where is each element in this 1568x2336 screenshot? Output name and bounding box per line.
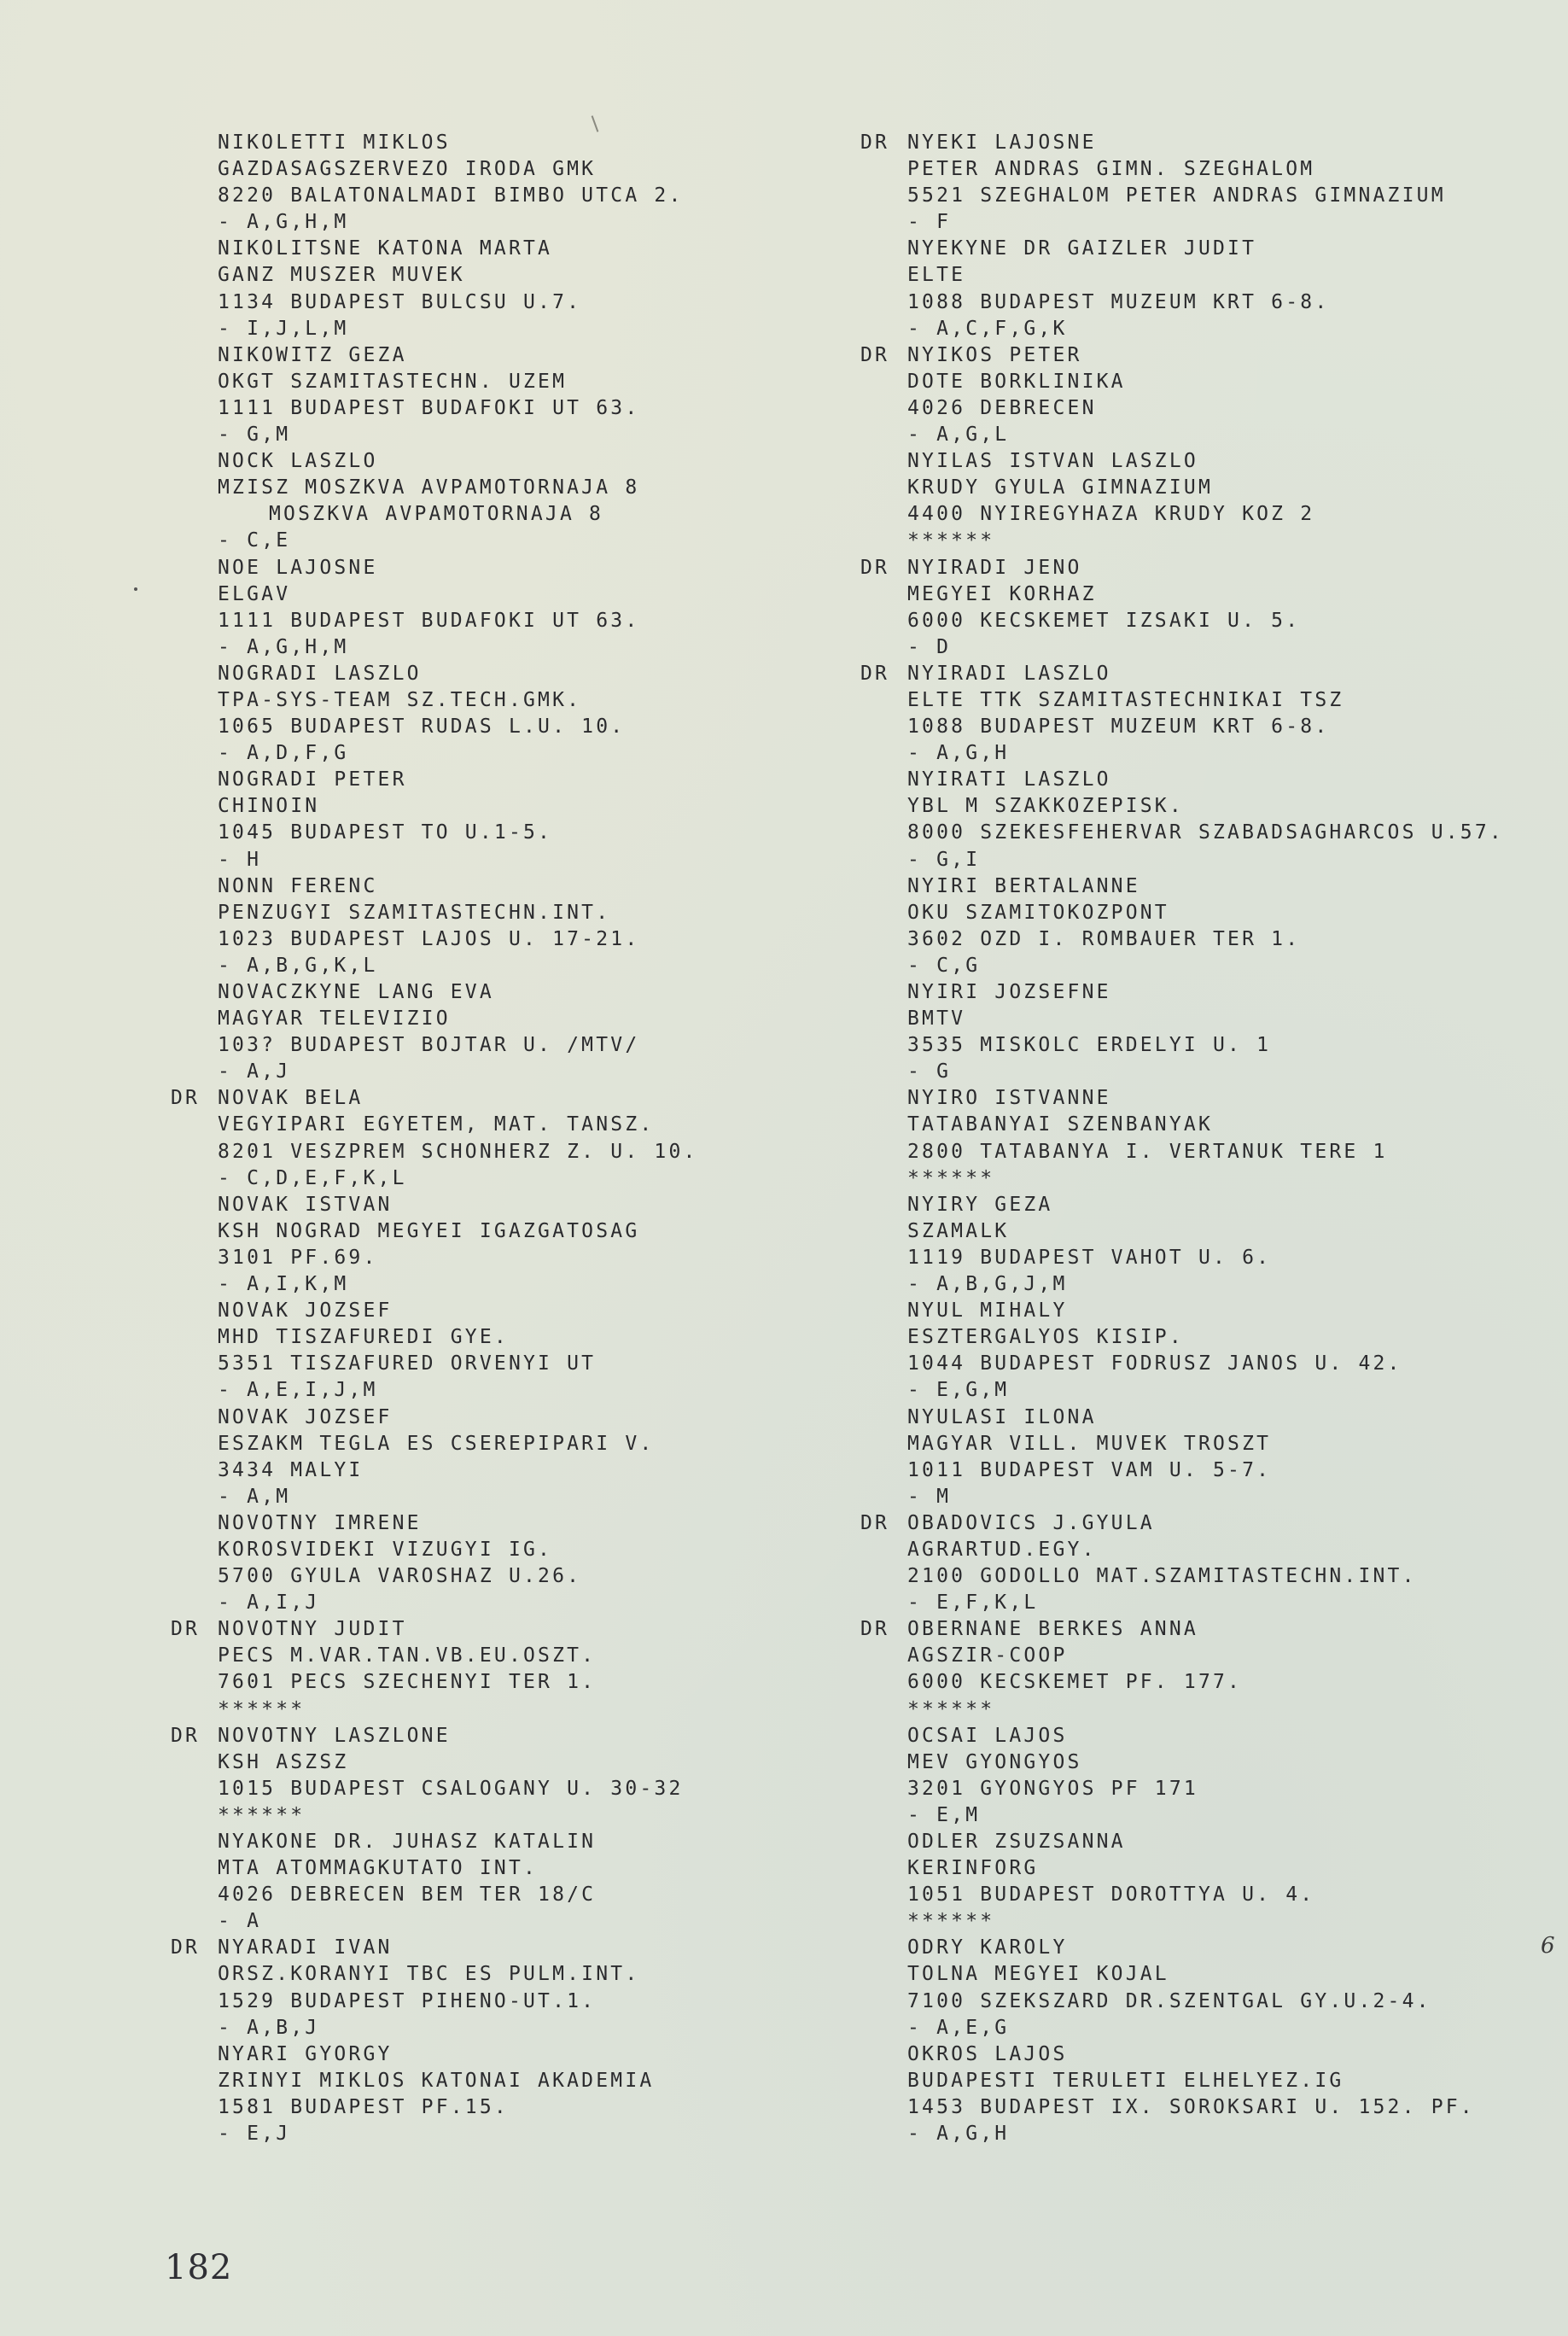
entry-address: 4026 DEBRECEN: [860, 395, 1504, 422]
entry-codes-text: - A,M: [218, 1486, 290, 1508]
entry-codes: ******: [171, 1697, 698, 1723]
entry-codes-text: - A,C,F,G,K: [907, 318, 1068, 340]
entry-name: NOCK LASZLO: [171, 448, 698, 475]
stray-dot: [134, 587, 137, 591]
entry-address-text: 1065 BUDAPEST RUDAS L.U. 10.: [218, 715, 625, 738]
entry-codes: - A,G,H: [860, 740, 1504, 767]
entry-name: NYIRATI LASZLO: [860, 767, 1504, 793]
directory-entry: NYEKYNE DR GAIZLER JUDITELTE1088 BUDAPES…: [860, 236, 1504, 342]
entry-address: 7601 PECS SZECHENYI TER 1.: [171, 1669, 698, 1696]
entry-codes-text: ******: [907, 1698, 994, 1720]
entry-address-text: 2800 TATABANYA I. VERTANUK TERE 1: [907, 1141, 1388, 1163]
entry-organization: MAGYAR VILL. MUVEK TROSZT: [860, 1431, 1504, 1457]
entry-name-text: NOE LAJOSNE: [218, 557, 378, 579]
entry-codes-text: - A,E,I,J,M: [218, 1379, 378, 1401]
entry-codes: - M: [860, 1484, 1504, 1510]
entry-name-text: NYARI GYORGY: [218, 2043, 393, 2065]
entry-organization-text: GANZ MUSZER MUVEK: [218, 264, 465, 286]
entry-name: DRNOVAK BELA: [171, 1085, 698, 1112]
directory-entry: DRNYARADI IVANORSZ.KORANYI TBC ES PULM.I…: [171, 1935, 698, 2041]
entry-codes-text: - E,M: [907, 1804, 980, 1826]
entry-name: DROBADOVICS J.GYULA: [860, 1510, 1504, 1537]
entry-codes-text: ******: [907, 1167, 994, 1189]
entry-name: NOVOTNY IMRENE: [171, 1510, 698, 1537]
entry-address-text: 3201 GYONGYOS PF 171: [907, 1778, 1198, 1800]
entry-address: 103? BUDAPEST BOJTAR U. /MTV/: [171, 1032, 698, 1059]
entry-codes: - A,E,G: [860, 2015, 1504, 2041]
entry-codes: - E,M: [860, 1802, 1504, 1829]
directory-entry: NYIRI JOZSEFNEBMTV3535 MISKOLC ERDELYI U…: [860, 979, 1504, 1085]
entry-address: 1088 BUDAPEST MUZEUM KRT 6-8.: [860, 289, 1504, 316]
entry-codes: - E,F,K,L: [860, 1590, 1504, 1616]
edge-mark: 6: [1541, 1933, 1555, 1959]
entry-organization: KSH ASZSZ: [171, 1749, 698, 1776]
entry-codes-text: - G: [907, 1060, 951, 1083]
entry-name-text: NOGRADI LASZLO: [218, 663, 422, 685]
title-prefix: DR: [171, 1085, 200, 1112]
directory-entry: ODRY KAROLYTOLNA MEGYEI KOJAL7100 SZEKSZ…: [860, 1935, 1504, 2041]
entry-codes-text: - E,F,K,L: [907, 1591, 1038, 1614]
entry-name: DRNYARADI IVAN: [171, 1935, 698, 1961]
entry-codes: - C,E: [171, 528, 698, 554]
entry-organization-text: TOLNA MEGYEI KOJAL: [907, 1963, 1169, 1985]
entry-address: 1111 BUDAPEST BUDAFOKI UT 63.: [171, 395, 698, 422]
entry-codes-text: ******: [907, 1910, 994, 1932]
entry-organization: MAGYAR TELEVIZIO: [171, 1006, 698, 1032]
entry-codes: - A,D,F,G: [171, 740, 698, 767]
entry-organization: TATABANYAI SZENBANYAK: [860, 1112, 1504, 1138]
entry-address: 1044 BUDAPEST FODRUSZ JANOS U. 42.: [860, 1351, 1504, 1377]
title-prefix: DR: [171, 1723, 200, 1749]
entry-organization: OKGT SZAMITASTECHN. UZEM: [171, 369, 698, 395]
entry-codes-text: - G,M: [218, 423, 290, 446]
entry-address-text: 1453 BUDAPEST IX. SOROKSARI U. 152. PF.: [907, 2096, 1475, 2118]
entry-codes-text: - D: [907, 636, 951, 658]
entry-organization: BUDAPESTI TERULETI ELHELYEZ.IG: [860, 2068, 1504, 2094]
title-prefix: DR: [860, 130, 889, 156]
entry-name-text: NYIKOS PETER: [907, 344, 1082, 366]
entry-address-text: 1011 BUDAPEST VAM U. 5-7.: [907, 1459, 1271, 1481]
entry-name: NYIRI JOZSEFNE: [860, 979, 1504, 1006]
entry-organization-text: KRUDY GYULA GIMNAZIUM: [907, 476, 1213, 499]
entry-organization: ESZAKM TEGLA ES CSEREPIPARI V.: [171, 1431, 698, 1457]
entry-address-text: 1111 BUDAPEST BUDAFOKI UT 63.: [218, 397, 639, 419]
entry-address-text: 8201 VESZPREM SCHONHERZ Z. U. 10.: [218, 1141, 698, 1163]
entry-organization-text: MTA ATOMMAGKUTATO INT.: [218, 1857, 538, 1879]
entry-organization: KSH NOGRAD MEGYEI IGAZGATOSAG: [171, 1218, 698, 1245]
entry-name: NYAKONE DR. JUHASZ KATALIN: [171, 1829, 698, 1855]
entry-organization: GANZ MUSZER MUVEK: [171, 262, 698, 289]
directory-entry: NOVACZKYNE LANG EVAMAGYAR TELEVIZIO103? …: [171, 979, 698, 1085]
entry-codes: - H: [171, 847, 698, 873]
entry-organization-text: VEGYIPARI EGYETEM, MAT. TANSZ.: [218, 1113, 654, 1136]
entry-address-text: 8220 BALATONALMADI BIMBO UTCA 2.: [218, 184, 684, 207]
entry-name-text: NYIRO ISTVANNE: [907, 1087, 1111, 1109]
entry-name-text: NYEKI LAJOSNE: [907, 131, 1097, 154]
title-prefix: DR: [860, 1510, 889, 1537]
title-prefix: DR: [860, 342, 889, 369]
entry-address: 5521 SZEGHALOM PETER ANDRAS GIMNAZIUM: [860, 183, 1504, 209]
entry-organization: MHD TISZAFUREDI GYE.: [171, 1324, 698, 1351]
entry-organization: VEGYIPARI EGYETEM, MAT. TANSZ.: [171, 1112, 698, 1138]
entry-address: 8000 SZEKESFEHERVAR SZABADSAGHARCOS U.57…: [860, 820, 1504, 846]
entry-name-text: NYIRADI JENO: [907, 557, 1082, 579]
entry-address-text: 1015 BUDAPEST CSALOGANY U. 30-32: [218, 1778, 684, 1800]
entry-address-text: 1088 BUDAPEST MUZEUM KRT 6-8.: [907, 715, 1329, 738]
entry-organization-text: MAGYAR VILL. MUVEK TROSZT: [907, 1433, 1271, 1455]
entry-name-text: NOGRADI PETER: [218, 768, 407, 791]
directory-entry: DRNOVOTNY LASZLONEKSH ASZSZ1015 BUDAPEST…: [171, 1723, 698, 1829]
right-column: DRNYEKI LAJOSNEPETER ANDRAS GIMN. SZEGHA…: [860, 130, 1504, 2147]
entry-address: 3602 OZD I. ROMBAUER TER 1.: [860, 926, 1504, 953]
entry-name-text: NYIRI BERTALANNE: [907, 875, 1140, 897]
entry-codes: - A,G,H: [860, 2121, 1504, 2147]
entry-address-text: 103? BUDAPEST BOJTAR U. /MTV/: [218, 1034, 639, 1056]
entry-name: NYILAS ISTVAN LASZLO: [860, 448, 1504, 475]
entry-codes-text: ******: [218, 1698, 305, 1720]
entry-codes: - C,G: [860, 953, 1504, 979]
entry-codes-text: - A,B,J: [218, 2017, 319, 2039]
entry-address: 1065 BUDAPEST RUDAS L.U. 10.: [171, 714, 698, 740]
entry-organization-text: KSH NOGRAD MEGYEI IGAZGATOSAG: [218, 1220, 639, 1242]
directory-entry: DRNYIKOS PETERDOTE BORKLINIKA4026 DEBREC…: [860, 342, 1504, 448]
entry-name: NIKOLITSNE KATONA MARTA: [171, 236, 698, 262]
entry-name: NOVAK JOZSEF: [171, 1405, 698, 1431]
entry-codes-text: - C,G: [907, 955, 980, 977]
entry-address: 4026 DEBRECEN BEM TER 18/C: [171, 1882, 698, 1908]
entry-address: 4400 NYIREGYHAZA KRUDY KOZ 2: [860, 501, 1504, 528]
directory-entry: OKROS LAJOSBUDAPESTI TERULETI ELHELYEZ.I…: [860, 2041, 1504, 2147]
entry-organization: ZRINYI MIKLOS KATONAI AKADEMIA: [171, 2068, 698, 2094]
directory-entry: NOVAK JOZSEFESZAKM TEGLA ES CSEREPIPARI …: [171, 1405, 698, 1510]
entry-name: ODRY KAROLY: [860, 1935, 1504, 1961]
entry-codes-text: - A,G,L: [907, 423, 1009, 446]
entry-codes-text: - A: [218, 1910, 261, 1932]
entry-address-text: 1051 BUDAPEST DOROTTYA U. 4.: [907, 1883, 1314, 1906]
entry-name: DRNOVOTNY JUDIT: [171, 1616, 698, 1643]
title-prefix: DR: [171, 1935, 200, 1961]
entry-organization: PETER ANDRAS GIMN. SZEGHALOM: [860, 156, 1504, 183]
directory-entry: NYIRATI LASZLOYBL M SZAKKOZEPISK.8000 SZ…: [860, 767, 1504, 873]
entry-codes-text: - A,I,K,M: [218, 1273, 348, 1295]
entry-name-text: OBADOVICS J.GYULA: [907, 1512, 1155, 1534]
entry-codes: - A: [171, 1908, 698, 1935]
entry-address-text: 7601 PECS SZECHENYI TER 1.: [218, 1671, 596, 1693]
entry-name: NYUL MIHALY: [860, 1298, 1504, 1324]
entry-address: 1023 BUDAPEST LAJOS U. 17-21.: [171, 926, 698, 953]
entry-organization: ESZTERGALYOS KISIP.: [860, 1324, 1504, 1351]
entry-name-text: OBERNANE BERKES ANNA: [907, 1618, 1198, 1640]
entry-name: NOVAK JOZSEF: [171, 1298, 698, 1324]
entry-name-text: NIKOLETTI MIKLOS: [218, 131, 451, 154]
title-prefix: DR: [860, 1616, 889, 1643]
entry-organization-text: ELTE: [907, 264, 965, 286]
entry-organization: PECS M.VAR.TAN.VB.EU.OSZT.: [171, 1643, 698, 1669]
entry-codes-text: ******: [907, 529, 994, 552]
entry-codes-text: - A,B,G,K,L: [218, 955, 378, 977]
entry-codes-text: - A,G,H: [907, 2123, 1009, 2145]
entry-codes-text: - A,G,H,M: [218, 211, 348, 233]
entry-organization-text: ORSZ.KORANYI TBC ES PULM.INT.: [218, 1963, 639, 1985]
entry-codes: - A,B,G,J,M: [860, 1271, 1504, 1298]
entry-organization: GAZDASAGSZERVEZO IRODA GMK: [171, 156, 698, 183]
entry-address: 3101 PF.69.: [171, 1245, 698, 1271]
entry-codes: - C,D,E,F,K,L: [171, 1165, 698, 1192]
entry-codes-text: ******: [218, 1804, 305, 1826]
entry-name: DROBERNANE BERKES ANNA: [860, 1616, 1504, 1643]
entry-codes: ******: [860, 1908, 1504, 1935]
entry-organization-text: KSH ASZSZ: [218, 1751, 348, 1773]
entry-name-text: NYEKYNE DR GAIZLER JUDIT: [907, 237, 1256, 260]
entry-codes-text: - A,I,J: [218, 1591, 319, 1614]
entry-codes: - G,I: [860, 847, 1504, 873]
entry-codes: - G,M: [171, 422, 698, 448]
entry-organization-text: TPA-SYS-TEAM SZ.TECH.GMK.: [218, 689, 581, 711]
entry-codes: - A,G,H,M: [171, 209, 698, 236]
entry-name: NYULASI ILONA: [860, 1405, 1504, 1431]
entry-name-text: NIKOLITSNE KATONA MARTA: [218, 237, 552, 260]
directory-entry: DRNOVAK BELAVEGYIPARI EGYETEM, MAT. TANS…: [171, 1085, 698, 1191]
directory-entry: NIKOWITZ GEZAOKGT SZAMITASTECHN. UZEM111…: [171, 342, 698, 448]
entry-organization-text: ZRINYI MIKLOS KATONAI AKADEMIA: [218, 2070, 654, 2092]
entry-address-text: 2100 GODOLLO MAT.SZAMITASTECHN.INT.: [907, 1565, 1417, 1587]
entry-organization-text: KERINFORG: [907, 1857, 1038, 1879]
entry-address-text: 3602 OZD I. ROMBAUER TER 1.: [907, 928, 1300, 950]
entry-codes: - F: [860, 209, 1504, 236]
entry-organization-text: AGRARTUD.EGY.: [907, 1539, 1097, 1561]
directory-entry: DRNYIRADI JENOMEGYEI KORHAZ6000 KECSKEME…: [860, 555, 1504, 661]
entry-codes-text: - C,D,E,F,K,L: [218, 1167, 407, 1189]
entry-address-text: 8000 SZEKESFEHERVAR SZABADSAGHARCOS U.57…: [907, 821, 1504, 844]
entry-codes-text: - I,J,L,M: [218, 318, 348, 340]
title-prefix: DR: [171, 1616, 200, 1643]
title-prefix: DR: [860, 661, 889, 687]
entry-name: NIKOLETTI MIKLOS: [171, 130, 698, 156]
entry-name-text: NIKOWITZ GEZA: [218, 344, 407, 366]
entry-name-text: NOVOTNY LASZLONE: [218, 1725, 451, 1747]
entry-codes: - E,G,M: [860, 1377, 1504, 1404]
entry-organization-text: BUDAPESTI TERULETI ELHELYEZ.IG: [907, 2070, 1344, 2092]
entry-codes: - A,I,J: [171, 1590, 698, 1616]
entry-address-text: 1134 BUDAPEST BULCSU U.7.: [218, 291, 581, 313]
entry-organization-text: DOTE BORKLINIKA: [907, 371, 1126, 393]
directory-entry: OCSAI LAJOSMEV GYONGYOS3201 GYONGYOS PF …: [860, 1723, 1504, 1829]
entry-address: 8201 VESZPREM SCHONHERZ Z. U. 10.: [171, 1139, 698, 1165]
entry-organization-text: PETER ANDRAS GIMN. SZEGHALOM: [907, 158, 1314, 180]
entry-address: 1045 BUDAPEST TO U.1-5.: [171, 820, 698, 846]
directory-entry: DROBADOVICS J.GYULAAGRARTUD.EGY.2100 GOD…: [860, 1510, 1504, 1616]
directory-entry: DROBERNANE BERKES ANNAAGSZIR-COOP6000 KE…: [860, 1616, 1504, 1722]
entry-address-text: 4026 DEBRECEN BEM TER 18/C: [218, 1883, 596, 1906]
directory-entry: NOVOTNY IMRENEKOROSVIDEKI VIZUGYI IG.570…: [171, 1510, 698, 1616]
entry-organization: MEGYEI KORHAZ: [860, 581, 1504, 608]
entry-codes-text: - M: [907, 1486, 951, 1508]
entry-address-text: 5700 GYULA VAROSHAZ U.26.: [218, 1565, 581, 1587]
entry-name-text: NOVAK JOZSEF: [218, 1299, 393, 1322]
entry-address: 1529 BUDAPEST PIHENO-UT.1.: [171, 1989, 698, 2015]
entry-name-text: NOVOTNY JUDIT: [218, 1618, 407, 1640]
entry-organization-text: GAZDASAGSZERVEZO IRODA GMK: [218, 158, 596, 180]
directory-entry: NYIRO ISTVANNETATABANYAI SZENBANYAK2800 …: [860, 1085, 1504, 1191]
entry-codes: - A,M: [171, 1484, 698, 1510]
directory-entry: NYILAS ISTVAN LASZLOKRUDY GYULA GIMNAZIU…: [860, 448, 1504, 554]
entry-organization: KERINFORG: [860, 1855, 1504, 1882]
entry-name: NYIRO ISTVANNE: [860, 1085, 1504, 1112]
entry-name-text: NYIRY GEZA: [907, 1194, 1052, 1216]
entry-codes-text: - A,B,G,J,M: [907, 1273, 1068, 1295]
entry-organization-text: PENZUGYI SZAMITASTECHN.INT.: [218, 902, 610, 924]
entry-codes: ******: [860, 1697, 1504, 1723]
entry-organization: KOROSVIDEKI VIZUGYI IG.: [171, 1537, 698, 1563]
entry-name-text: NOVAK ISTVAN: [218, 1194, 393, 1216]
directory-entry: NYIRI BERTALANNEOKU SZAMITOKOZPONT3602 O…: [860, 873, 1504, 979]
entry-address-text: 5521 SZEGHALOM PETER ANDRAS GIMNAZIUM: [907, 184, 1446, 207]
entry-address: 6000 KECSKEMET PF. 177.: [860, 1669, 1504, 1696]
entry-name-text: OKROS LAJOS: [907, 2043, 1068, 2065]
entry-address-text: 1044 BUDAPEST FODRUSZ JANOS U. 42.: [907, 1352, 1402, 1375]
entry-codes: - E,J: [171, 2121, 698, 2147]
directory-entry: NOGRADI LASZLOTPA-SYS-TEAM SZ.TECH.GMK.1…: [171, 661, 698, 767]
entry-codes-text: - A,D,F,G: [218, 742, 348, 764]
entry-address-text: 3535 MISKOLC ERDELYI U. 1: [907, 1034, 1271, 1056]
entry-name-text: OCSAI LAJOS: [907, 1725, 1068, 1747]
entry-organization-text: SZAMALK: [907, 1220, 1009, 1242]
entry-codes: - D: [860, 634, 1504, 661]
entry-organization: AGRARTUD.EGY.: [860, 1537, 1504, 1563]
entry-codes: - A,I,K,M: [171, 1271, 698, 1298]
entry-address: 2800 TATABANYA I. VERTANUK TERE 1: [860, 1139, 1504, 1165]
entry-address: 1111 BUDAPEST BUDAFOKI UT 63.: [171, 608, 698, 634]
directory-entry: NOGRADI PETERCHINOIN1045 BUDAPEST TO U.1…: [171, 767, 698, 873]
entry-name-text: NOVACZKYNE LANG EVA: [218, 981, 494, 1003]
entry-address: 1011 BUDAPEST VAM U. 5-7.: [860, 1457, 1504, 1484]
entry-organization: MTA ATOMMAGKUTATO INT.: [171, 1855, 698, 1882]
entry-organization: ORSZ.KORANYI TBC ES PULM.INT.: [171, 1961, 698, 1988]
entry-address: 7100 SZEKSZARD DR.SZENTGAL GY.U.2-4.: [860, 1989, 1504, 2015]
entry-codes-text: - E,J: [218, 2123, 290, 2145]
entry-organization-text: OKU SZAMITOKOZPONT: [907, 902, 1169, 924]
entry-name: NOE LAJOSNE: [171, 555, 698, 581]
entry-codes: - A,G,H,M: [171, 634, 698, 661]
entry-name: NOGRADI PETER: [171, 767, 698, 793]
entry-name: DRNOVOTNY LASZLONE: [171, 1723, 698, 1749]
entry-name: NYIRI BERTALANNE: [860, 873, 1504, 900]
entry-organization: KRUDY GYULA GIMNAZIUM: [860, 475, 1504, 501]
entry-organization: TOLNA MEGYEI KOJAL: [860, 1961, 1504, 1988]
entry-name: NIKOWITZ GEZA: [171, 342, 698, 369]
entry-name: NYIRY GEZA: [860, 1192, 1504, 1218]
entry-name: DRNYIKOS PETER: [860, 342, 1504, 369]
entry-organization-text: BMTV: [907, 1007, 965, 1030]
entry-organization-text: MZISZ MOSZKVA AVPAMOTORNAJA 8: [218, 476, 639, 499]
entry-address: 1015 BUDAPEST CSALOGANY U. 30-32: [171, 1776, 698, 1802]
entry-organization: AGSZIR-COOP: [860, 1643, 1504, 1669]
entry-name-text: NYIRATI LASZLO: [907, 768, 1111, 791]
entry-organization-text: MEV GYONGYOS: [907, 1751, 1082, 1773]
entry-organization-text: MEGYEI KORHAZ: [907, 583, 1097, 605]
left-column: NIKOLETTI MIKLOSGAZDASAGSZERVEZO IRODA G…: [171, 130, 698, 2147]
directory-entry: ODLER ZSUZSANNAKERINFORG1051 BUDAPEST DO…: [860, 1829, 1504, 1935]
entry-organization: OKU SZAMITOKOZPONT: [860, 900, 1504, 926]
entry-organization-continued: MOSZKVA AVPAMOTORNAJA 8: [171, 501, 698, 528]
entry-address: 3535 MISKOLC ERDELYI U. 1: [860, 1032, 1504, 1059]
entry-organization: MZISZ MOSZKVA AVPAMOTORNAJA 8: [171, 475, 698, 501]
entry-address: 1581 BUDAPEST PF.15.: [171, 2094, 698, 2121]
entry-codes: - A,B,J: [171, 2015, 698, 2041]
entry-address: 1453 BUDAPEST IX. SOROKSARI U. 152. PF.: [860, 2094, 1504, 2121]
entry-organization: YBL M SZAKKOZEPISK.: [860, 793, 1504, 820]
entry-organization-text: PECS M.VAR.TAN.VB.EU.OSZT.: [218, 1644, 596, 1667]
entry-codes-text: - H: [218, 849, 261, 871]
entry-address-text: 6000 KECSKEMET PF. 177.: [907, 1671, 1242, 1693]
directory-entry: NYUL MIHALYESZTERGALYOS KISIP.1044 BUDAP…: [860, 1298, 1504, 1404]
entry-address: 1051 BUDAPEST DOROTTYA U. 4.: [860, 1882, 1504, 1908]
entry-name: DRNYEKI LAJOSNE: [860, 130, 1504, 156]
entry-address-text: 7100 SZEKSZARD DR.SZENTGAL GY.U.2-4.: [907, 1990, 1431, 2012]
entry-name: NOVACZKYNE LANG EVA: [171, 979, 698, 1006]
entry-name-text: NYAKONE DR. JUHASZ KATALIN: [218, 1831, 596, 1853]
entry-codes: - G: [860, 1059, 1504, 1085]
entry-organization-text: YBL M SZAKKOZEPISK.: [907, 795, 1184, 817]
entry-codes-text: - E,G,M: [907, 1379, 1009, 1401]
entry-address-text: 1529 BUDAPEST PIHENO-UT.1.: [218, 1990, 596, 2012]
entry-name: NONN FERENC: [171, 873, 698, 900]
entry-organization-text: AGSZIR-COOP: [907, 1644, 1068, 1667]
entry-codes: - A,E,I,J,M: [171, 1377, 698, 1404]
entry-name-text: NYIRI JOZSEFNE: [907, 981, 1111, 1003]
entry-organization: ELTE: [860, 262, 1504, 289]
entry-organization-text: ELGAV: [218, 583, 290, 605]
directory-entry: NYIRY GEZASZAMALK1119 BUDAPEST VAHOT U. …: [860, 1192, 1504, 1298]
entry-codes-text: - G,I: [907, 849, 980, 871]
entry-address-text: 1045 BUDAPEST TO U.1-5.: [218, 821, 552, 844]
entry-organization-text: TATABANYAI SZENBANYAK: [907, 1113, 1213, 1136]
entry-address: 1134 BUDAPEST BULCSU U.7.: [171, 289, 698, 316]
entry-organization-text: OKGT SZAMITASTECHN. UZEM: [218, 371, 567, 393]
entry-organization: ELGAV: [171, 581, 698, 608]
entry-organization: PENZUGYI SZAMITASTECHN.INT.: [171, 900, 698, 926]
entry-address-text: 1023 BUDAPEST LAJOS U. 17-21.: [218, 928, 639, 950]
entry-address-text: 6000 KECSKEMET IZSAKI U. 5.: [907, 610, 1300, 632]
entry-organization-text: ELTE TTK SZAMITASTECHNIKAI TSZ: [907, 689, 1344, 711]
entry-organization: BMTV: [860, 1006, 1504, 1032]
entry-name-text: ODLER ZSUZSANNA: [907, 1831, 1126, 1853]
entry-organization-continued-text: MOSZKVA AVPAMOTORNAJA 8: [269, 503, 603, 525]
directory-entry: DRNYEKI LAJOSNEPETER ANDRAS GIMN. SZEGHA…: [860, 130, 1504, 236]
entry-name: NYARI GYORGY: [171, 2041, 698, 2068]
directory-entry: NYULASI ILONAMAGYAR VILL. MUVEK TROSZT10…: [860, 1405, 1504, 1510]
entry-organization: MEV GYONGYOS: [860, 1749, 1504, 1776]
directory-entry: NONN FERENCPENZUGYI SZAMITASTECHN.INT.10…: [171, 873, 698, 979]
entry-address-text: 1088 BUDAPEST MUZEUM KRT 6-8.: [907, 291, 1329, 313]
entry-codes-text: - A,G,H: [907, 742, 1009, 764]
entry-codes-text: - A,E,G: [907, 2017, 1009, 2039]
entry-address: 6000 KECSKEMET IZSAKI U. 5.: [860, 608, 1504, 634]
directory-entry: NOVAK ISTVANKSH NOGRAD MEGYEI IGAZGATOSA…: [171, 1192, 698, 1298]
directory-entry: NYAKONE DR. JUHASZ KATALINMTA ATOMMAGKUT…: [171, 1829, 698, 1935]
entry-codes: - A,B,G,K,L: [171, 953, 698, 979]
directory-entry: NIKOLITSNE KATONA MARTAGANZ MUSZER MUVEK…: [171, 236, 698, 342]
entry-organization-text: MAGYAR TELEVIZIO: [218, 1007, 451, 1030]
entry-name-text: NYUL MIHALY: [907, 1299, 1068, 1322]
entry-name: NOGRADI LASZLO: [171, 661, 698, 687]
entry-address: 1088 BUDAPEST MUZEUM KRT 6-8.: [860, 714, 1504, 740]
directory-entry: NOCK LASZLOMZISZ MOSZKVA AVPAMOTORNAJA 8…: [171, 448, 698, 554]
entry-name: OCSAI LAJOS: [860, 1723, 1504, 1749]
entry-address-text: 1119 BUDAPEST VAHOT U. 6.: [907, 1247, 1271, 1269]
entry-codes: ******: [171, 1802, 698, 1829]
entry-name-text: NYIRADI LASZLO: [907, 663, 1111, 685]
